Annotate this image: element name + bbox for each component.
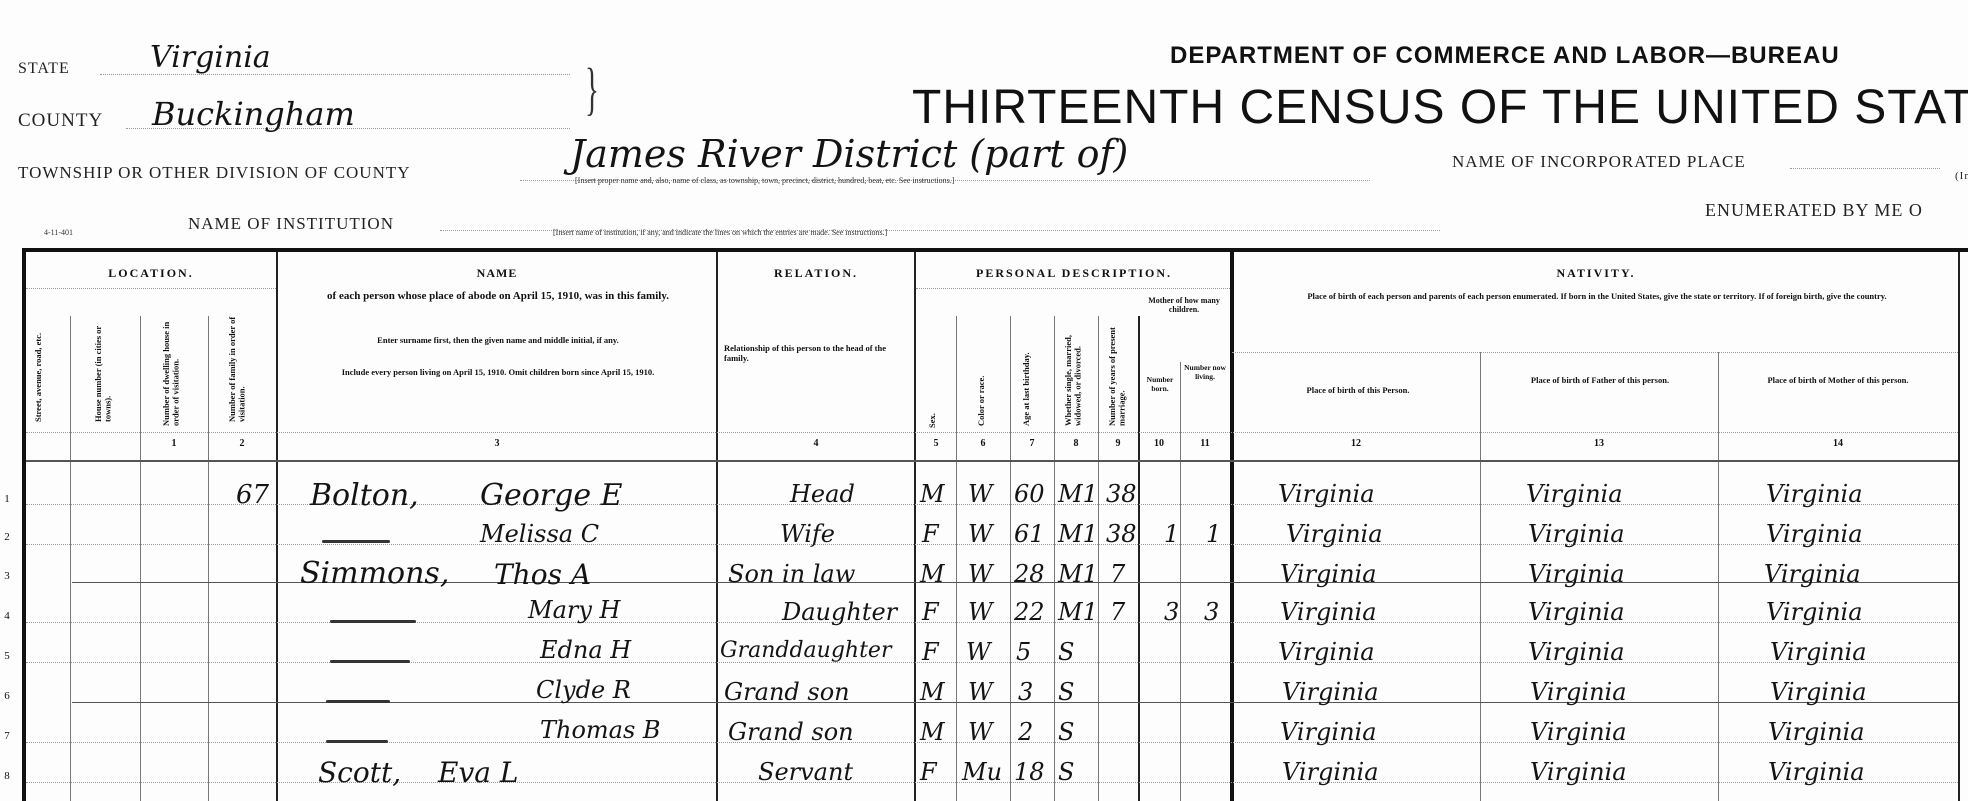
children-living: 1 [1206,520,1221,548]
table-border-left [22,252,26,801]
row-divider [1232,352,1958,353]
line-number: 6 [0,690,14,702]
col-divider [140,316,141,801]
birthplace-father: Virginia [1528,638,1625,666]
enumerated-by-label: ENUMERATED BY ME O [1705,200,1923,221]
col-num-6: 6 [956,438,1010,449]
sex: F [922,598,939,626]
line-number: 2 [0,531,14,543]
col-num-1: 1 [140,438,208,449]
col-divider [956,316,957,801]
line-number: 3 [0,570,14,582]
line-number: 8 [0,770,14,782]
state-value: Virginia [150,40,271,75]
name-group-header: NAME [278,266,716,281]
family-number-header: Number of family in order of visitation. [228,312,247,422]
col-divider [1010,316,1011,801]
ditto-mark [322,540,390,543]
col-divider-location [276,252,278,801]
relation: Servant [758,758,853,786]
children-living: 3 [1204,598,1219,626]
color: Mu [962,758,1002,786]
census-title: THIRTEENTH CENSUS OF THE UNITED STAT [912,80,1968,135]
col-divider [1098,316,1099,801]
marital-status: M1 [1058,480,1098,508]
children-born: 1 [1164,520,1179,548]
col-divider [70,316,71,801]
incorporated-place-field [1790,168,1940,169]
sex: M [920,678,945,706]
given-name: George E [480,478,623,513]
sex-header: Sex. [928,402,937,428]
township-hint: [Insert proper name and, also, name of c… [575,176,954,185]
ditto-mark [326,740,388,743]
sex: F [920,758,937,786]
name-instruction-1: of each person whose place of abode on A… [286,290,710,303]
county-value: Buckingham [152,95,355,133]
relation: Wife [780,520,835,548]
row-divider [26,432,1958,433]
given-name: Thomas B [540,716,661,744]
table-border-right [1958,252,1960,801]
age: 60 [1014,480,1045,508]
sex: M [920,480,945,508]
col-num-11: 11 [1180,438,1230,449]
col-divider [1054,316,1055,801]
col-divider [1718,352,1719,801]
census-table: LOCATION. NAME of each person whose plac… [22,248,1968,801]
relation: Head [790,480,855,508]
county-label: COUNTY [18,110,103,132]
years-married-header: Number of years of present marriage. [1108,300,1127,426]
ditto-mark [330,660,410,663]
col-num-2: 2 [208,438,276,449]
years-married: 38 [1106,480,1137,508]
col-num-9: 9 [1098,438,1138,449]
birthplace-mother: Virginia [1766,520,1863,548]
pob-father-header: Place of birth of Father of this person. [1502,376,1698,386]
township-value: James River District (part of) [570,132,1128,176]
years-married: 38 [1106,520,1137,548]
marital-status: S [1058,718,1074,746]
birthplace-person: Virginia [1278,638,1375,666]
institution-label: NAME OF INSTITUTION [188,214,394,234]
age-header: Age at last birthday. [1022,316,1031,426]
birthplace-father: Virginia [1528,560,1625,588]
col-num-4: 4 [718,438,914,449]
given-name: Eva L [438,756,518,789]
row-divider [916,288,1230,289]
age: 61 [1014,520,1045,548]
years-married: 7 [1110,560,1125,588]
line-number: 4 [0,610,14,622]
age: 18 [1014,758,1045,786]
line-number: 7 [0,730,14,742]
marital-status: M1 [1058,520,1098,548]
dwelling-number-header: Number of dwelling house in order of vis… [162,302,181,426]
nativity-description: Place of birth of each person and parent… [1244,292,1950,302]
birthplace-person: Virginia [1278,480,1375,508]
institution-hint: [Insert name of institution, if any, and… [553,228,887,237]
color: W [968,480,993,508]
house-number-header: House number (in cities or towns). [94,312,113,422]
street-header: Street, avenue, road, etc. [34,312,43,422]
personal-description-group-header: PERSONAL DESCRIPTION. [918,266,1230,281]
given-name: Mary H [528,596,620,624]
pob-mother-header: Place of birth of Mother of this person. [1740,376,1936,386]
sex: F [922,520,939,548]
age: 3 [1018,678,1033,706]
birthplace-person: Virginia [1282,758,1379,786]
name-instruction-3: Include every person living on April 15,… [290,368,706,378]
color: W [968,560,993,588]
pob-person-header: Place of birth of this Person. [1236,386,1480,396]
col-num-14: 14 [1718,438,1958,449]
color: W [966,638,991,666]
birthplace-mother: Virginia [1770,678,1867,706]
age: 5 [1016,638,1031,666]
line-number: 5 [0,650,14,662]
birthplace-mother: Virginia [1766,598,1863,626]
col-num-13: 13 [1480,438,1718,449]
col-divider-relation [914,252,916,801]
state-label: STATE [18,60,70,78]
relation: Grand son [728,718,854,746]
relation-group-header: RELATION. [718,266,914,281]
birthplace-mother: Virginia [1764,560,1861,588]
col-num-12: 12 [1232,438,1480,449]
surname: Simmons, [300,556,449,591]
years-married: 7 [1110,598,1125,626]
given-name: Edna H [540,636,631,664]
birthplace-person: Virginia [1286,520,1383,548]
relation: Daughter [782,598,897,626]
col-num-8: 8 [1054,438,1098,449]
marital-status: S [1058,678,1074,706]
marital-status: M1 [1058,560,1098,588]
birthplace-mother: Virginia [1768,758,1865,786]
relation: Granddaughter [720,638,891,663]
sex: M [920,718,945,746]
marital-status: M1 [1058,598,1098,626]
birthplace-person: Virginia [1280,598,1377,626]
birthplace-person: Virginia [1280,718,1377,746]
col-divider [1480,352,1481,801]
relation: Grand son [724,678,850,706]
ditto-mark [326,700,390,703]
col-divider [208,316,209,801]
birthplace-mother: Virginia [1770,638,1867,666]
color: W [968,520,993,548]
given-name: Melissa C [480,520,599,548]
marital-status: S [1058,758,1074,786]
age: 2 [1018,718,1033,746]
surname: Bolton, [310,478,419,513]
number-born-header: Number born. [1140,376,1180,393]
ditto-mark [330,620,416,623]
birthplace-father: Virginia [1526,480,1623,508]
given-name: Thos A [494,558,591,591]
row-divider [26,288,276,289]
number-living-header: Number now living. [1182,364,1228,381]
name-instruction-2: Enter surname first, then the given name… [290,336,706,346]
surname: Scott, [318,756,401,789]
birthplace-person: Virginia [1280,560,1377,588]
given-name: Clyde R [536,676,631,704]
col-divider-name [716,252,718,801]
color: W [968,718,993,746]
relation-description: Relationship of this person to the head … [724,344,908,364]
family-number: 67 [236,480,269,510]
color: W [968,678,993,706]
bracket-icon: } [585,55,599,122]
color-header: Color or race. [977,352,986,426]
marital-status: S [1058,638,1074,666]
marital-header: Whether single, married, widowed, or div… [1064,300,1083,426]
relation: Son in law [728,560,855,588]
birthplace-father: Virginia [1530,678,1627,706]
sex: M [920,560,945,588]
col-num-3: 3 [278,438,716,449]
birthplace-father: Virginia [1530,758,1627,786]
department-heading: DEPARTMENT OF COMMERCE AND LABOR—BUREAU [1170,42,1840,70]
incorporated-place-hint: (In [1955,170,1968,182]
form-code: 4-11-401 [44,228,73,237]
incorporated-place-label: NAME OF INCORPORATED PLACE [1452,152,1746,172]
birthplace-mother: Virginia [1766,480,1863,508]
township-label: TOWNSHIP OR OTHER DIVISION OF COUNTY [18,163,411,183]
nativity-group-header: NATIVITY. [1234,266,1958,281]
age: 28 [1014,560,1045,588]
header-bottom-rule [26,460,1958,462]
col-num-7: 7 [1010,438,1054,449]
col-num-5: 5 [916,438,956,449]
birthplace-person: Virginia [1282,678,1379,706]
age: 22 [1014,598,1045,626]
birthplace-mother: Virginia [1768,718,1865,746]
color: W [968,598,993,626]
col-divider-personal [1230,252,1234,801]
children-born: 3 [1164,598,1179,626]
line-number: 1 [0,493,14,505]
location-group-header: LOCATION. [26,266,276,281]
birthplace-father: Virginia [1528,598,1625,626]
row-divider [26,662,1958,663]
col-num-10: 10 [1138,438,1180,449]
birthplace-father: Virginia [1530,718,1627,746]
mother-of-children-header: Mother of how many children. [1140,296,1228,314]
birthplace-father: Virginia [1528,520,1625,548]
sex: F [922,638,939,666]
